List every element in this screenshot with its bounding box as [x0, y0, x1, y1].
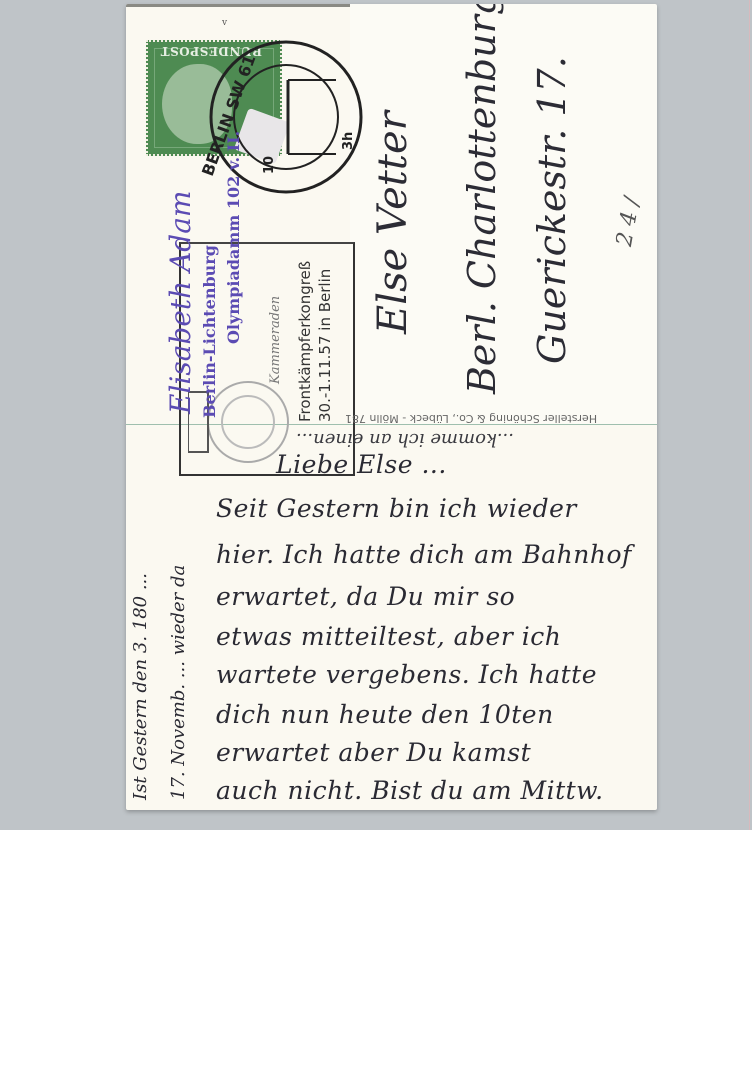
message-line: Seit Gestern bin ich wieder [216, 494, 577, 523]
sender-line-2: Berlin-Lichtenburg [200, 245, 219, 418]
message-line: etwas mitteiltest, aber ich [216, 622, 561, 651]
slogan-line-1: Frontkämpferkongreß [296, 261, 314, 422]
margin-line: Ist Gestern den 3. 180 ... [130, 573, 151, 800]
postcard: v BUNDESPOST BERLIN SW 61 10 3h Frontkäm… [126, 4, 657, 810]
message-line: Liebe Else ... [276, 450, 447, 479]
scan-edge [749, 0, 750, 830]
slogan-line-2: 30.-1.11.57 in Berlin [316, 269, 334, 422]
margin-line: 17. Novemb. ... wieder da [168, 565, 189, 800]
message-line: auch nicht. Bist du am Mittw. [216, 776, 604, 805]
recipient-street: Guerickestr. 17. [530, 56, 574, 364]
printer-imprint: Hersteller Schöning & Co., Lübeck - Möll… [306, 412, 636, 425]
message-line: dich nun heute den 10ten [216, 700, 554, 729]
message-line: erwartet, da Du mir so [216, 582, 515, 611]
recipient-name: Else Vetter [370, 111, 416, 334]
message-line: erwartet aber Du kamst [216, 738, 531, 767]
message-line: wartete vergebens. Ich hatte [216, 660, 597, 689]
message-line: hier. Ich hatte dich am Bahnhof [216, 540, 632, 569]
postmark-time: 3h [341, 132, 356, 150]
recipient-city: Berl. Charlottenburg [460, 4, 504, 394]
sender-street: Olympiadamm 102 v. II. [224, 131, 243, 344]
sender-name: Elisabeth Adam [164, 191, 197, 414]
slogan-handwritten: Kammeraden [268, 296, 283, 384]
mark: v [222, 18, 227, 28]
message-upside-line: ...komme ich an einen... [296, 429, 514, 450]
postmark-icon [176, 40, 366, 230]
postmark-day: 10 [262, 156, 277, 174]
